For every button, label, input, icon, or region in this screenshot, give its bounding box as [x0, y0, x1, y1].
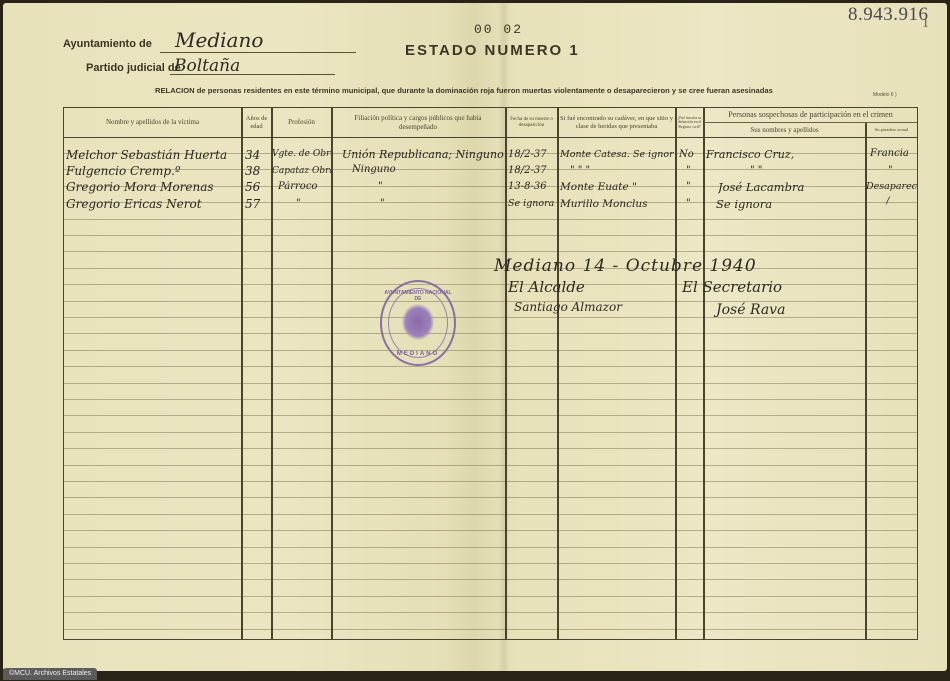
row-1-date: 18/2-37: [508, 149, 556, 160]
row-4-suspect-whereabouts: /: [886, 196, 906, 207]
ruled-line: [64, 497, 917, 498]
row-2-name: Fulgencio Cremp.º: [66, 164, 240, 178]
ruled-line: [64, 514, 917, 515]
ruled-line: [64, 383, 917, 384]
divider-body-registry: [675, 107, 677, 640]
folio-mark: 1: [922, 16, 929, 32]
row-3-name: Gregorio Mora Morenas: [66, 180, 240, 194]
ruled-line: [64, 366, 917, 367]
partido-underline: [170, 74, 335, 75]
col-header-body-found: Si fué encontrado su cadáver, en que sit…: [558, 108, 675, 137]
ruled-line: [64, 596, 917, 597]
partido-value: Boltaña: [174, 56, 240, 76]
row-1-registry: No: [679, 149, 703, 160]
ruled-line: [64, 219, 917, 220]
ayuntamiento-underline: [160, 52, 356, 53]
ruled-line: [64, 579, 917, 580]
divider-name-age: [241, 107, 243, 640]
row-3-profession: Párroco: [278, 181, 331, 192]
sheet-code: 00 02: [474, 22, 523, 37]
row-2-profession: Capataz Obras: [272, 166, 331, 176]
ruled-line: [64, 317, 917, 318]
col-header-age: Años de edad: [242, 108, 271, 137]
reference-number: 8.943.916: [848, 4, 929, 26]
ruled-line: [64, 432, 917, 433]
col-header-suspects-group: Personas sospechosas de participación en…: [704, 108, 917, 122]
row-3-date: 13-8-36: [508, 181, 556, 192]
divider-registry-suspects: [703, 107, 705, 640]
divider-date-body: [557, 107, 559, 640]
row-2-date: 18/2-37: [508, 165, 556, 176]
row-4-body-found: Murillo Monclus: [560, 198, 674, 210]
official-seal-stamp: AYUNTAMIENTO NACIONAL DE MEDIANO: [380, 280, 456, 366]
row-2-suspect-names: " ": [750, 165, 860, 176]
ruled-line: [64, 350, 917, 351]
divider-profession-affiliation: [331, 107, 333, 640]
ayuntamiento-value: Mediano: [175, 28, 263, 52]
row-2-registry: ": [686, 165, 702, 176]
secretary-signature: José Rava: [716, 302, 785, 318]
row-4-name: Gregorio Ericas Nerot: [66, 197, 240, 211]
col-header-date: Fecha de su muerte o desaparición: [506, 108, 557, 137]
ruled-line: [64, 415, 917, 416]
seal-bottom-text: MEDIANO: [382, 351, 454, 357]
row-1-name: Melchor Sebastián Huerta: [66, 148, 240, 162]
secretary-title: El Secretario: [682, 278, 782, 296]
row-2-affiliation: Ninguno: [352, 164, 502, 175]
ruled-line: [64, 251, 917, 252]
ruled-line: [64, 333, 917, 334]
ruled-line: [64, 530, 917, 531]
row-4-suspect-names: Se ignora: [716, 197, 862, 211]
ruled-line: [64, 563, 917, 564]
row-1-body-found: Monte Catesa. Se ignora: [560, 149, 674, 160]
mayor-signature: Santiago Almazor: [514, 300, 622, 314]
row-1-affiliation: Unión Republicana; Ninguno: [342, 148, 504, 161]
row-3-age: 56: [245, 180, 270, 194]
eagle-emblem-icon: [402, 304, 434, 340]
header-bottom-border: [64, 137, 917, 138]
col-header-suspect-whereabouts: Su paradero actual: [866, 123, 917, 137]
row-1-profession: Vgte. de Obras: [272, 149, 331, 159]
row-3-suspect-whereabouts: Desaparecido: [866, 181, 918, 192]
col-header-name: Nombre y apellidos de la víctima: [64, 108, 241, 137]
ruled-line: [64, 612, 917, 613]
ruled-line: [64, 268, 917, 269]
row-1-suspect-names: Francisco Cruz,: [706, 148, 864, 161]
page-title: ESTADO NUMERO 1: [405, 42, 580, 59]
row-4-registry: ": [686, 198, 702, 209]
model-label: Modelo 6 ): [873, 92, 897, 98]
row-3-affiliation: ": [378, 181, 398, 192]
row-2-suspect-whereabouts: ": [888, 165, 908, 176]
ruled-line: [64, 301, 917, 302]
row-3-suspect-names: José Lacambra: [718, 180, 864, 194]
ruled-line: [64, 448, 917, 449]
row-4-age: 57: [245, 197, 270, 211]
ruled-line: [64, 284, 917, 285]
row-4-affiliation: ": [380, 198, 400, 209]
ayuntamiento-label: Ayuntamiento de: [63, 38, 152, 50]
col-header-registry: ¿Fué inscrita su defunción en el Registr…: [676, 108, 703, 137]
divider-affiliation-date: [505, 107, 507, 640]
archive-watermark: ©MCU. Archivos Estatales: [3, 668, 97, 680]
row-2-body-found: " " ": [570, 165, 674, 176]
place-date: Mediano 14 - Octubre 1940: [494, 256, 757, 276]
ruled-line: [64, 235, 917, 236]
col-header-suspect-names: Sus nombres y apellidos: [704, 123, 865, 137]
col-header-affiliation: Filiación política y cargos públicos que…: [336, 108, 500, 137]
partido-label: Partido judicial de: [86, 62, 181, 74]
ruled-line: [64, 547, 917, 548]
mayor-title: El Alcalde: [508, 278, 585, 296]
row-1-age: 34: [245, 148, 270, 162]
seal-top-text: AYUNTAMIENTO NACIONAL DE: [382, 290, 454, 302]
ruled-line: [64, 481, 917, 482]
divider-suspect-names-whereabouts: [865, 122, 867, 640]
ruled-line: [64, 629, 917, 630]
row-3-body-found: Monte Euate ": [560, 181, 674, 193]
row-1-suspect-whereabouts: Francia: [870, 148, 917, 159]
col-header-profession: Profesión: [272, 108, 331, 137]
ruled-line: [64, 399, 917, 400]
row-4-profession: ": [296, 198, 316, 209]
row-2-age: 38: [245, 164, 270, 178]
relacion-heading: RELACION de personas residentes en este …: [155, 86, 773, 95]
row-4-date: Se ignora: [508, 198, 556, 209]
divider-age-profession: [271, 107, 273, 640]
ruled-line: [64, 465, 917, 466]
row-3-registry: ": [686, 181, 702, 192]
